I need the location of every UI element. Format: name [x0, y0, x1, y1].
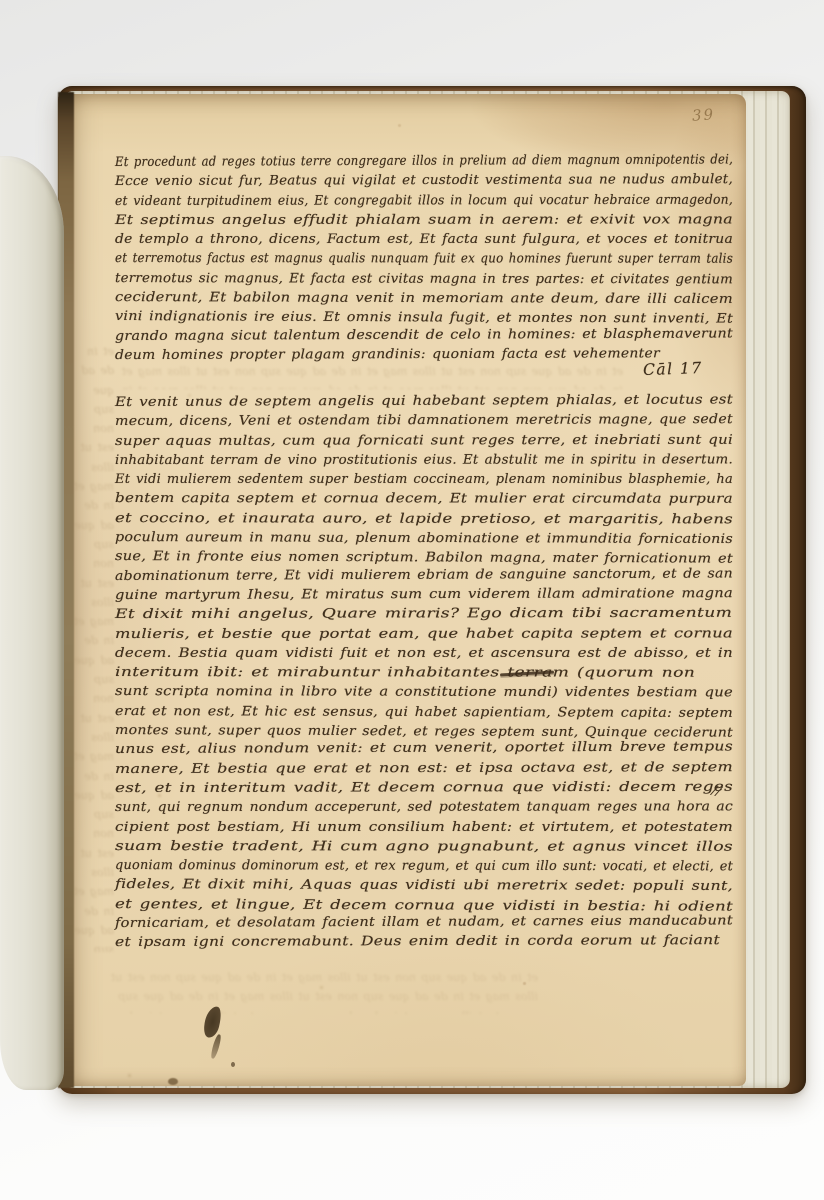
manuscript-line: et gentes, et lingue, Et decem cornua qu…: [115, 893, 735, 912]
showthrough-between-paragraphs: et in de ad que sup non est ut illos mag…: [118, 362, 623, 389]
manuscript-line: interitum ibit: et mirabuntur inhabitant…: [115, 661, 735, 680]
manuscript-line: Ecce venio sicut fur, Beatus qui vigilat…: [115, 170, 735, 189]
manuscript-line: et videant turpitudinem eius, Et congreg…: [115, 190, 735, 209]
manuscript-line: terremotus sic magnus, Et facta est civi…: [115, 267, 735, 286]
manuscript-line: montes sunt, super quos mulier sedet, et…: [115, 719, 735, 738]
manuscript-line: et terremotus factus est magnus qualis n…: [115, 247, 735, 266]
manuscript-line: mecum, dicens, Veni et ostendam tibi dam…: [115, 410, 735, 429]
manuscript-line: et coccino, et inaurata auro, et lapide …: [115, 507, 735, 526]
manuscript-line: poculum aureum in manu sua, plenum abomi…: [115, 526, 735, 545]
manuscript-line: sunt, qui regnum nondum acceperunt, sed …: [115, 796, 735, 815]
manuscript-line: Et dixit mihi angelus, Quare miraris? Eg…: [115, 603, 735, 622]
chapter-heading: Cāl 17: [643, 359, 703, 379]
manuscript-line: mulieris, et bestie que portat eam, que …: [115, 623, 735, 642]
manuscript-line: sue, Et in fronte eius nomen scriptum. B…: [115, 545, 735, 564]
manuscript-line: super aquas multas, cum qua fornicati su…: [115, 430, 735, 449]
manuscript-line: unus est, alius nondum venit: et cum ven…: [115, 738, 735, 757]
manuscript-line: cipient post bestiam, Hi unum consilium …: [115, 816, 735, 835]
text-paragraph-1: Et procedunt ad reges totius terre congr…: [115, 151, 735, 363]
manuscript-line: manere, Et bestia que erat et non est: e…: [115, 758, 735, 777]
manuscript-line: inhabitabant terram de vino prostitution…: [115, 449, 735, 468]
left-verso-page: [0, 156, 64, 1090]
manuscript-line: grando magna sicut talentum descendit de…: [115, 325, 735, 344]
manuscript-line: ceciderunt, Et babilon magna venit in me…: [115, 286, 735, 305]
ink-blot-drop: [231, 1062, 235, 1067]
manuscript-line: abominationum terre, Et vidi mulierem eb…: [115, 565, 735, 584]
manuscript-line: fornicariam, et desolatam facient illam …: [115, 912, 735, 931]
manuscript-page: et in de ad que sup non est ut illos mag…: [68, 94, 746, 1086]
manuscript-line: est, et in interitum vadit, Et decem cor…: [115, 777, 735, 796]
manuscript-line: Et vidi mulierem sedentem super bestiam …: [115, 468, 735, 487]
folio-number: 39: [691, 105, 715, 125]
manuscript-line: Et venit unus de septem angelis qui habe…: [115, 391, 735, 410]
ink-spot: [168, 1078, 178, 1085]
manuscript-line: bentem capita septem et cornua decem, Et…: [115, 487, 735, 506]
ink-blot-tail: [210, 1034, 223, 1060]
manuscript-line: suam bestie tradent, Hi cum agno pugnabu…: [115, 835, 735, 854]
manuscript-line: et ipsam igni concremabunt. Deus enim de…: [115, 931, 735, 950]
manuscript-line: Et procedunt ad reges totius terre congr…: [115, 151, 735, 170]
text-paragraph-2: Et venit unus de septem angelis qui habe…: [115, 391, 735, 951]
showthrough-left-margin: et in de ad que sup non est ut illos mag…: [72, 342, 114, 952]
manuscript-line: decem. Bestia quam vidisti fuit et non e…: [115, 642, 735, 661]
manuscript-line: Et septimus angelus effudit phialam suam…: [115, 209, 735, 228]
manuscript-line: fideles, Et dixit mihi, Aquas quas vidis…: [115, 873, 735, 892]
manuscript-line: sunt scripta nomina in libro vite a cons…: [115, 680, 735, 699]
manuscript-line: quoniam dominus dominorum est, et rex re…: [115, 854, 735, 873]
manuscript-line: de templo a throno, dicens, Factum est, …: [115, 228, 735, 247]
manuscript-line: guine martyrum Ihesu, Et miratus sum cum…: [115, 584, 735, 603]
manuscript-line: erat et non est, Et hic est sensus, qui …: [115, 700, 735, 719]
manuscript-line: vini indignationis ire eius. Et omnis in…: [115, 305, 735, 324]
photograph: et in de ad que sup non est ut illos mag…: [0, 0, 824, 1200]
showthrough-lower-margin: et in de ad que sup non est ut illos mag…: [108, 968, 538, 1014]
